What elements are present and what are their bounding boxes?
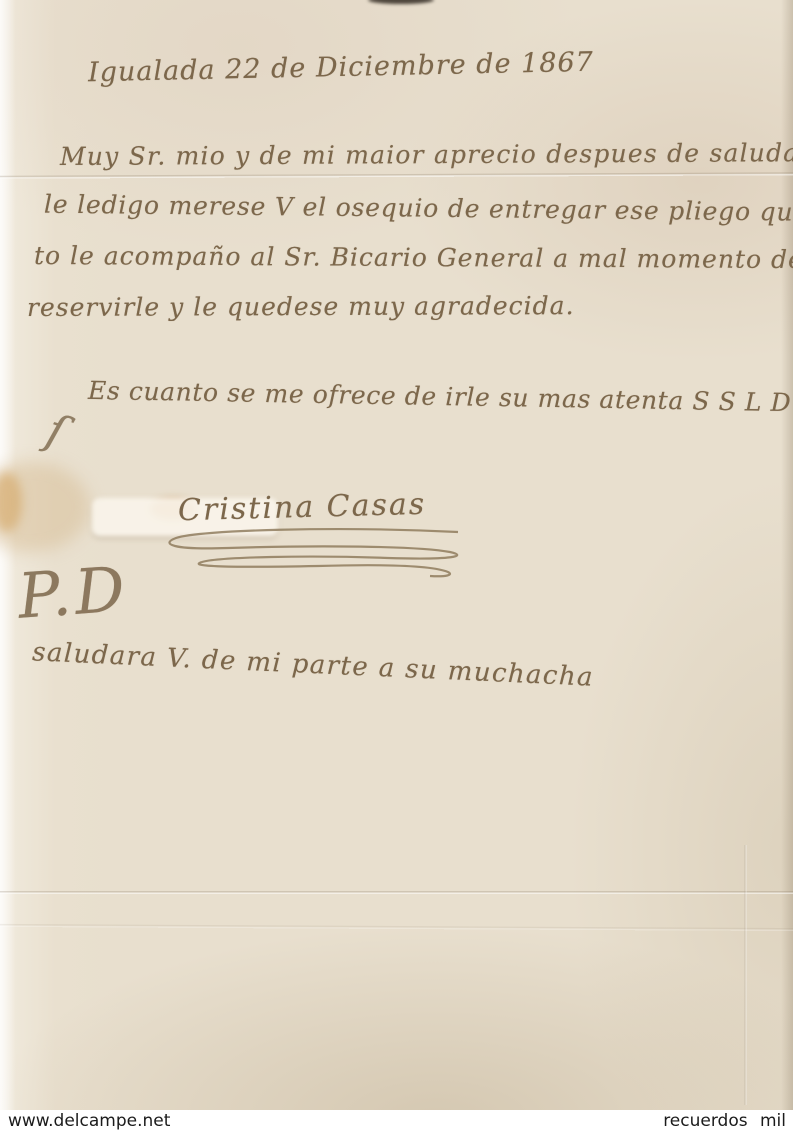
signature-flourish [158,524,488,580]
postscript-label: P.D [16,552,131,633]
watermark-bar: www.delcampe.net recuerdos mil [0,1110,793,1132]
fold-crease-vertical [744,845,747,1105]
signature: Cristina Casas [178,487,427,528]
scanned-letter: Igualada 22 de Diciembre de 1867 Muy Sr.… [0,0,793,1132]
fold-crease-middle [0,891,793,895]
watermark-seller: recuerdos mil [663,1111,786,1131]
paper-right-edge [781,0,793,1132]
letter-body-line-4: reservirle y le quedese muy agradecida. [27,291,575,322]
paper-left-edge [0,0,16,1132]
letter-body-line-3: to le acompaño al Sr. Bicario General a … [34,241,793,274]
watermark-url: www.delcampe.net [8,1111,170,1131]
letter-body-line-1: Muy Sr. mio y de mi maior aprecio despue… [60,138,793,171]
